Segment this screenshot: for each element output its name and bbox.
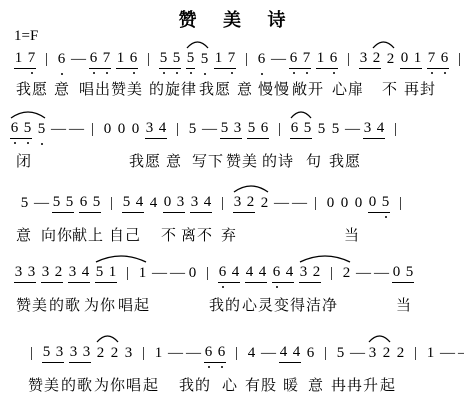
note-token: 65 (10, 120, 32, 139)
barline: | (123, 265, 132, 283)
note-char: 4 (149, 195, 158, 212)
barline: | (144, 51, 153, 69)
note-token: 1 (138, 265, 147, 283)
lyric-word: 的旋律 (149, 78, 197, 99)
note-char: 4 (247, 345, 256, 362)
note-token: 2 (342, 265, 351, 283)
note-char: 4 (81, 264, 90, 281)
note-char: 5 (303, 120, 312, 137)
lyric-word: 献上 (72, 224, 104, 245)
tie-arc (96, 334, 119, 343)
note-char: 5 (52, 194, 61, 211)
note-token: 34 (68, 264, 90, 283)
duration-dash: — (440, 345, 453, 363)
barline: | (321, 345, 330, 363)
note-token: 1 (154, 345, 163, 363)
note-char: 5 (186, 50, 195, 67)
dash-char: — (440, 345, 453, 362)
note-token: 32 (299, 264, 321, 283)
note-token: 4 (247, 345, 256, 363)
tie-arc (368, 334, 391, 343)
note-char: 1 (14, 50, 23, 67)
note-char: 5 (92, 194, 101, 211)
barline: | (396, 195, 405, 213)
note-char: 7 (27, 50, 36, 67)
duration-dash: — (34, 195, 47, 213)
duration-dash: — (374, 265, 387, 283)
note-char: 2 (260, 195, 269, 212)
note-token: 54 (122, 194, 144, 213)
note-char: 4 (292, 344, 301, 361)
note-token: 16 (116, 50, 138, 69)
notation-line-5: |5333223|1——66|4—446|5—322|1——0| (26, 344, 464, 364)
note-char: 5 (331, 121, 340, 138)
lyric-word: 为你 (84, 294, 116, 315)
note-char: 4 (258, 264, 267, 281)
note-char: 1 (108, 264, 117, 281)
note-token: 65 (290, 120, 312, 139)
note-token: 5 (37, 121, 46, 139)
note-char: | (321, 345, 330, 362)
note-char: 3 (359, 50, 368, 67)
note-char: | (275, 121, 284, 138)
note-token: 34 (190, 194, 212, 213)
tie-arc (186, 40, 209, 49)
tie-arc (299, 254, 351, 263)
duration-dash: — (170, 265, 183, 283)
note-char: 5 (122, 194, 131, 211)
lyric-word: 暖 (283, 374, 299, 395)
note-char: 6 (57, 51, 66, 68)
note-char: 5 (317, 121, 326, 138)
song-title: 赞 美 诗 (0, 6, 464, 32)
lyric-word: 赞美 (28, 374, 60, 395)
note-char: 2 (54, 264, 63, 281)
note-token: 03 (163, 194, 185, 213)
note-char: 0 (400, 50, 409, 67)
note-char: 3 (124, 345, 133, 362)
lyric-word: 的歌 (49, 294, 81, 315)
note-char: | (411, 345, 420, 362)
note-char: 2 (386, 51, 395, 68)
note-char: 3 (190, 194, 199, 211)
note-token: 6 (57, 51, 66, 69)
note-char: 7 (227, 50, 236, 67)
note-char: 5 (23, 120, 32, 137)
lyric-word: 唱起 (118, 294, 150, 315)
note-char: 5 (188, 121, 197, 138)
note-token: 67 (89, 50, 111, 69)
note-char: | (242, 51, 251, 68)
lyric-word: 的歌 (61, 374, 93, 395)
note-token: 05 (392, 264, 414, 283)
note-token: 55 (52, 194, 74, 213)
lyric-word: 闭 (16, 150, 32, 171)
barline: | (42, 51, 51, 69)
note-char: 0 (188, 265, 197, 282)
dash-char: — (356, 265, 369, 282)
dash-char: — (458, 345, 464, 362)
note-char: 0 (117, 121, 126, 138)
lyric-word: 意 (16, 224, 32, 245)
barline: | (275, 121, 284, 139)
duration-dash: — (51, 121, 64, 139)
note-char: 1 (116, 50, 125, 67)
barline: | (203, 265, 212, 283)
note-char: 4 (285, 264, 294, 281)
lyric-word: 赞美 (226, 150, 258, 171)
dash-char: — (168, 345, 181, 362)
note-char: 3 (363, 120, 372, 137)
barline: | (88, 121, 97, 139)
note-char: 4 (376, 120, 385, 137)
note-char: 4 (203, 194, 212, 211)
lyric-word: 句 (306, 150, 322, 171)
lyric-word: 我的 (209, 294, 241, 315)
lyric-word: 慢慢 (258, 78, 290, 99)
note-token: 3 (124, 345, 133, 363)
dash-char: — (71, 51, 84, 68)
duration-dash: — (202, 121, 215, 139)
dash-char: — (152, 265, 165, 282)
note-char: 6 (218, 264, 227, 281)
lyric-word: 不 (161, 224, 177, 245)
lyric-word: 向你 (41, 224, 73, 245)
note-token: 2 (110, 345, 119, 363)
lyric-word: 我愿 (199, 78, 231, 99)
note-char: 4 (158, 120, 167, 137)
note-char: 2 (312, 264, 321, 281)
note-token: 6 (306, 345, 315, 363)
note-char: 6 (217, 344, 226, 361)
note-token: 5 (331, 121, 340, 139)
lyric-word: 我愿 (16, 78, 48, 99)
barline: | (327, 265, 336, 283)
note-char: 3 (69, 344, 78, 361)
note-char: | (344, 51, 353, 68)
barline: | (218, 195, 227, 213)
dash-char: — (350, 345, 363, 362)
lyric-word: 的诗 (262, 150, 294, 171)
note-token: 64 (218, 264, 240, 283)
note-char: 5 (172, 50, 181, 67)
note-char: 6 (289, 50, 298, 67)
note-char: 6 (89, 50, 98, 67)
note-char: | (42, 51, 51, 68)
note-char: 0 (368, 194, 377, 211)
lyric-word: 我愿 (129, 150, 161, 171)
note-token: 34 (363, 120, 385, 139)
note-char: 5 (42, 344, 51, 361)
note-char: | (139, 345, 148, 362)
note-char: 6 (306, 345, 315, 362)
note-char: 0 (326, 195, 335, 212)
duration-dash: — (356, 265, 369, 283)
note-char: 3 (14, 264, 23, 281)
note-char: 6 (290, 120, 299, 137)
note-char: 7 (102, 50, 111, 67)
note-char: 7 (427, 50, 436, 67)
notation-line-2: 655——|00034|5—5356|6555—34| (10, 120, 406, 140)
note-char: 2 (96, 345, 105, 362)
note-token: 32 (233, 194, 255, 213)
note-char: 6 (79, 194, 88, 211)
note-char: 1 (413, 50, 422, 67)
note-char: | (203, 265, 212, 282)
note-char: | (218, 195, 227, 212)
sheet-music-page: 赞 美 诗 1=F 17|6—6716|555517|6—6716|322017… (0, 0, 464, 411)
note-token: 66 (204, 344, 226, 363)
lyric-word: 有股 (245, 374, 277, 395)
dash-char: — (374, 265, 387, 282)
duration-dash: — (292, 195, 305, 213)
note-char: 3 (176, 194, 185, 211)
note-char: 4 (135, 194, 144, 211)
barline: | (232, 345, 241, 363)
lyric-word: 意 (237, 78, 253, 99)
note-token: 17 (214, 50, 236, 69)
note-char: 4 (279, 344, 288, 361)
note-char: 0 (392, 264, 401, 281)
duration-dash: — (69, 121, 82, 139)
key-signature: 1=F (14, 28, 38, 45)
note-char: | (144, 51, 153, 68)
note-token: 0 (326, 195, 335, 213)
note-token: 16 (316, 50, 338, 69)
note-token: 32 (41, 264, 63, 283)
note-char: 6 (260, 120, 269, 137)
lyrics-line-2: 闭我愿意写下赞美的诗句我愿 (0, 150, 464, 170)
note-char: 6 (440, 50, 449, 67)
note-char: | (455, 51, 464, 68)
lyric-word: 离不 (181, 224, 213, 245)
lyric-word: 起 (143, 374, 159, 395)
note-token: 53 (42, 344, 64, 363)
note-token: 51 (95, 264, 117, 283)
note-char: 0 (103, 121, 112, 138)
note-char: 6 (257, 51, 266, 68)
note-token: 0 (188, 265, 197, 283)
barline: | (455, 51, 464, 69)
note-char: 3 (41, 264, 50, 281)
note-char: | (88, 121, 97, 138)
note-token: 67 (289, 50, 311, 69)
note-char: 5 (200, 51, 209, 68)
note-token: 0 (117, 121, 126, 139)
lyric-word: 意 (308, 374, 324, 395)
note-char: 5 (159, 50, 168, 67)
note-char: 1 (154, 345, 163, 362)
barline: | (173, 121, 182, 139)
lyric-word: 赞美 (16, 294, 48, 315)
dash-char: — (345, 121, 358, 138)
barline: | (242, 51, 251, 69)
dash-char: — (271, 51, 284, 68)
note-token: 5 (200, 51, 209, 69)
lyric-word: 再封 (404, 78, 436, 99)
lyrics-line-5: 赞美的歌为你唱起我的心有股暖意冉冉升起 (0, 374, 464, 394)
barline: | (391, 121, 400, 139)
note-char: | (391, 121, 400, 138)
note-char: | (173, 121, 182, 138)
note-char: 0 (340, 195, 349, 212)
note-char: 2 (246, 194, 255, 211)
lyric-word: 敞开 (292, 78, 324, 99)
lyric-word: 为你唱 (94, 374, 142, 395)
barline: | (107, 195, 116, 213)
note-char: 5 (37, 121, 46, 138)
lyrics-line-4: 赞美的歌为你唱起我的心灵变得洁净当 (0, 294, 464, 314)
note-token: 44 (245, 264, 267, 283)
lyric-word: 心灵 (242, 294, 274, 315)
note-char: 6 (272, 264, 281, 281)
note-token: 33 (14, 264, 36, 283)
note-char: 5 (336, 345, 345, 362)
note-token: 2 (260, 195, 269, 213)
lyric-word: 意 (54, 78, 70, 99)
note-char: 5 (65, 194, 74, 211)
dash-char: — (274, 195, 287, 212)
note-char: | (123, 265, 132, 282)
note-token: 0 (354, 195, 363, 213)
note-token: 56 (247, 120, 269, 139)
duration-dash: — (345, 121, 358, 139)
note-token: 44 (279, 344, 301, 363)
note-char: | (396, 195, 405, 212)
note-char: | (311, 195, 320, 212)
note-char: 0 (354, 195, 363, 212)
note-char: 3 (299, 264, 308, 281)
note-token: 1 (426, 345, 435, 363)
lyric-word: 我的 (179, 374, 211, 395)
note-char: 5 (381, 194, 390, 211)
note-char: 0 (163, 194, 172, 211)
note-token: 5 (188, 121, 197, 139)
note-token: 01 (400, 50, 422, 69)
note-char: 2 (396, 345, 405, 362)
note-token: 2 (96, 345, 105, 363)
note-char: 0 (131, 121, 140, 138)
note-char: | (27, 345, 36, 362)
note-char: 6 (129, 50, 138, 67)
lyric-word: 起 (380, 374, 396, 395)
dash-char: — (34, 195, 47, 212)
duration-dash: — (261, 345, 274, 363)
lyric-word: 弃 (221, 224, 237, 245)
note-token: 5 (186, 50, 195, 69)
note-char: 3 (55, 344, 64, 361)
note-token: 4 (149, 195, 158, 213)
note-char: 3 (27, 264, 36, 281)
duration-dash: — (186, 345, 199, 363)
note-char: 7 (302, 50, 311, 67)
lyric-word: 变得 (274, 294, 306, 315)
dash-char: — (292, 195, 305, 212)
note-token: 2 (386, 51, 395, 69)
note-token: 65 (79, 194, 101, 213)
note-char: 3 (68, 264, 77, 281)
dash-char: — (51, 121, 64, 138)
note-char: 1 (214, 50, 223, 67)
note-char: 5 (247, 120, 256, 137)
notation-line-3: 5—5565|5440334|322——|00005| (20, 194, 411, 214)
note-char: 4 (245, 264, 254, 281)
tie-arc (290, 110, 312, 119)
lyric-word: 意 (166, 150, 182, 171)
note-char: 2 (110, 345, 119, 362)
note-token: 6 (257, 51, 266, 69)
note-token: 53 (220, 120, 242, 139)
lyric-word: 洁净 (306, 294, 338, 315)
tie-arc (372, 40, 395, 49)
duration-dash: — (71, 51, 84, 69)
lyrics-line-1: 我愿意唱出赞美的旋律我愿意慢慢敞开心扉不再封 (0, 78, 464, 98)
dash-char: — (261, 345, 274, 362)
note-char: 6 (10, 120, 19, 137)
note-token: 76 (427, 50, 449, 69)
note-char: 3 (233, 120, 242, 137)
note-token: 2 (382, 345, 391, 363)
note-char: 6 (329, 50, 338, 67)
barline: | (27, 345, 36, 363)
notation-line-1: 17|6—6716|555517|6—6716|3220176| (14, 50, 464, 70)
note-token: 05 (368, 194, 390, 213)
note-char: 1 (426, 345, 435, 362)
note-char: 1 (316, 50, 325, 67)
barline: | (344, 51, 353, 69)
note-token: 0 (131, 121, 140, 139)
lyric-word: 赞美 (111, 78, 143, 99)
note-char: | (232, 345, 241, 362)
duration-dash: — (274, 195, 287, 213)
note-token: 34 (145, 120, 167, 139)
note-char: 3 (368, 345, 377, 362)
lyrics-line-3: 意向你献上自己不离不弃当 (0, 224, 464, 244)
note-token: 64 (272, 264, 294, 283)
note-char: 2 (382, 345, 391, 362)
dash-char: — (69, 121, 82, 138)
note-char: 6 (204, 344, 213, 361)
note-token: 55 (159, 50, 181, 69)
note-token: 5 (317, 121, 326, 139)
barline: | (311, 195, 320, 213)
duration-dash: — (168, 345, 181, 363)
note-token: 0 (103, 121, 112, 139)
duration-dash: — (458, 345, 464, 363)
duration-dash: — (350, 345, 363, 363)
dash-char: — (170, 265, 183, 282)
lyric-word: 心 (222, 374, 238, 395)
note-char: 5 (20, 195, 29, 212)
barline: | (411, 345, 420, 363)
note-char: 2 (342, 265, 351, 282)
tie-arc (10, 110, 46, 119)
lyric-word: 冉冉升 (331, 374, 379, 395)
note-token: 5 (336, 345, 345, 363)
barline: | (139, 345, 148, 363)
lyric-word: 自己 (109, 224, 141, 245)
note-token: 3 (368, 345, 377, 363)
note-char: | (327, 265, 336, 282)
lyric-word: 我愿 (329, 150, 361, 171)
tie-arc (233, 184, 269, 193)
duration-dash: — (152, 265, 165, 283)
tie-arc (95, 254, 147, 263)
dash-char: — (186, 345, 199, 362)
dash-char: — (202, 121, 215, 138)
note-char: 1 (138, 265, 147, 282)
note-token: 32 (359, 50, 381, 69)
